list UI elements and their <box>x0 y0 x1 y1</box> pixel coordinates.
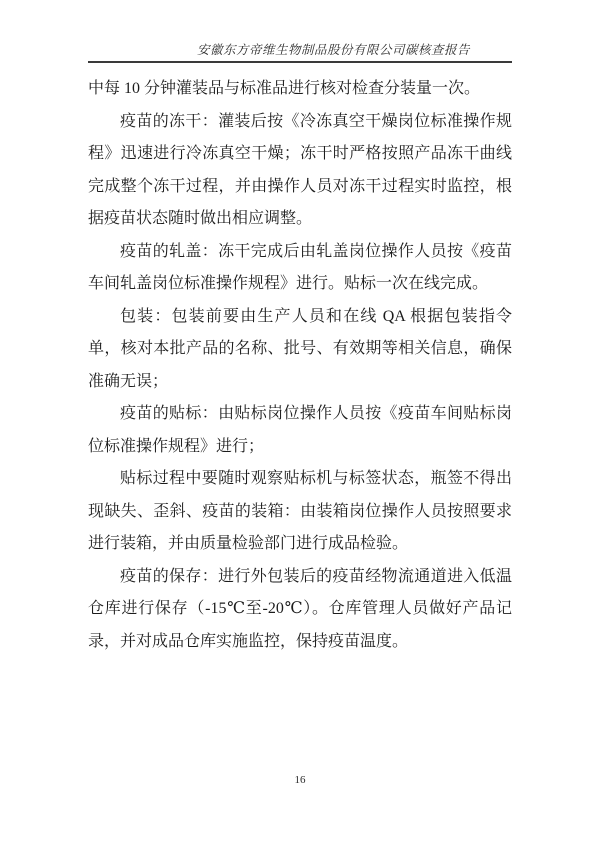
document-body: 中每 10 分钟灌装品与标准品进行核对检查分装量一次。疫苗的冻干：灌装后按《冷冻… <box>88 73 512 658</box>
paragraph: 疫苗的保存：进行外包装后的疫苗经物流通道进入低温仓库进行保存（-15℃至-20℃… <box>88 561 512 659</box>
paragraph: 疫苗的贴标：由贴标岗位操作人员按《疫苗车间贴标岗位标准操作规程》进行； <box>88 398 512 463</box>
paragraph: 疫苗的轧盖：冻干完成后由轧盖岗位操作人员按《疫苗车间轧盖岗位标准操作规程》进行。… <box>88 236 512 301</box>
document-page: 安徽东方帝维生物制品股份有限公司碳核查报告 中每 10 分钟灌装品与标准品进行核… <box>0 0 600 848</box>
running-header-title: 安徽东方帝维生物制品股份有限公司碳核查报告 <box>197 40 470 58</box>
page-number: 16 <box>295 774 306 786</box>
paragraph: 疫苗的冻干：灌装后按《冷冻真空干燥岗位标准操作规程》迅速进行冷冻真空干燥；冻干时… <box>88 106 512 236</box>
paragraph: 包装：包装前要由生产人员和在线 QA 根据包装指令单，核对本批产品的名称、批号、… <box>88 301 512 399</box>
header-divider <box>88 61 512 63</box>
page-header: 安徽东方帝维生物制品股份有限公司碳核查报告 <box>88 40 512 59</box>
paragraph: 中每 10 分钟灌装品与标准品进行核对检查分装量一次。 <box>88 73 512 106</box>
paragraph: 贴标过程中要随时观察贴标机与标签状态，瓶签不得出现缺失、歪斜、疫苗的装箱：由装箱… <box>88 463 512 561</box>
page-footer: 16 <box>0 770 600 788</box>
